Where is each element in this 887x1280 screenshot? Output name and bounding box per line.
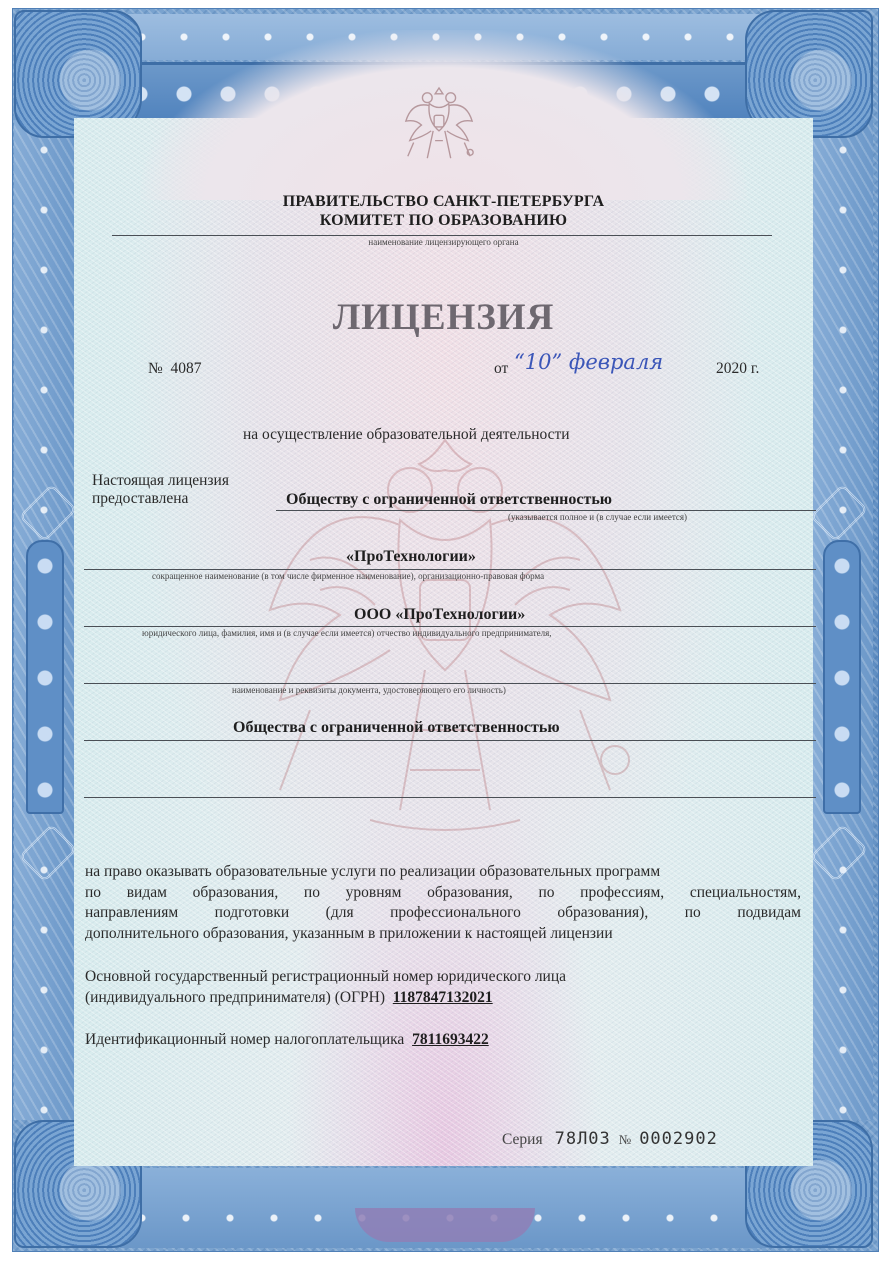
licensee-legal-form: Общества с ограниченной ответственностью xyxy=(233,719,560,737)
caption-legal-entity: юридического лица, фамилия, имя и (в слу… xyxy=(142,628,552,638)
rights-paragraph: на право оказывать образовательные услуг… xyxy=(85,862,801,944)
series-number: 0002902 xyxy=(639,1129,718,1149)
authority-name-line2: КОМИТЕТ ПО ОБРАЗОВАНИЮ xyxy=(0,212,887,230)
ogrn-label: (индивидуального предпринимателя) (ОГРН)… xyxy=(85,989,493,1007)
inn-value: 7811693422 xyxy=(412,1031,489,1048)
series-number-sign: № xyxy=(619,1132,631,1147)
document-title: ЛИЦЕНЗИЯ xyxy=(0,296,887,339)
field-line xyxy=(84,569,816,570)
inn-label: Идентификационный номер налогоплательщик… xyxy=(85,1031,489,1049)
rights-line: направлениям подготовки (для профессиона… xyxy=(85,903,801,924)
ogrn-label-line1: Основной государственный регистрационный… xyxy=(85,968,566,986)
ogrn-value: 1187847132021 xyxy=(393,989,493,1006)
rights-line: на право оказывать образовательные услуг… xyxy=(85,862,801,883)
granted-label-line2: предоставлена xyxy=(92,490,188,508)
number-sign: № xyxy=(148,360,163,377)
date-year: 2020 г. xyxy=(716,360,759,378)
border-left-panel xyxy=(26,540,64,814)
field-line xyxy=(84,797,816,798)
rights-line: по видам образования, по уровням образов… xyxy=(85,883,801,904)
form-series: Серия 78Л03 № 0002902 xyxy=(502,1129,718,1149)
series-value: 78Л03 xyxy=(555,1129,611,1149)
field-line xyxy=(84,683,816,684)
license-date-handwritten: “10” февраля xyxy=(514,350,663,374)
series-label: Серия xyxy=(502,1131,543,1148)
caption-full-name: (указывается полное и (в случае если име… xyxy=(508,512,687,522)
licensee-full-name-line2: «ПроТехнологии» xyxy=(346,548,476,566)
license-date-prefix: от xyxy=(494,360,508,378)
licensee-full-name-line1: Обществу с ограниченной ответственностью xyxy=(286,491,612,509)
licensee-short-name: ООО «ПроТехнологии» xyxy=(354,606,525,624)
field-line xyxy=(84,740,816,741)
border-bottom-oval xyxy=(355,1208,535,1242)
ogrn-label-line2: (индивидуального предпринимателя) (ОГРН) xyxy=(85,989,385,1006)
border-right-panel xyxy=(823,540,861,814)
date-month: февраля xyxy=(569,350,663,374)
license-purpose: на осуществление образовательной деятель… xyxy=(243,426,570,444)
license-number-value: 4087 xyxy=(171,360,202,377)
field-line xyxy=(84,626,816,627)
granted-label-line1: Настоящая лицензия xyxy=(92,472,229,490)
inn-label-text: Идентификационный номер налогоплательщик… xyxy=(85,1031,404,1048)
field-line xyxy=(276,510,816,511)
date-day: “10” xyxy=(514,350,562,374)
authority-name-line1: ПРАВИТЕЛЬСТВО САНКТ-ПЕТЕРБУРГА xyxy=(0,193,887,211)
caption-short-name: сокращенное наименование (в том числе фи… xyxy=(152,571,544,581)
authority-underline xyxy=(112,235,772,236)
license-number: № 4087 xyxy=(148,360,202,378)
authority-caption: наименование лицензирующего органа xyxy=(0,237,887,247)
rights-line: дополнительного образования, указанным в… xyxy=(85,924,801,945)
caption-identity-document: наименование и реквизиты документа, удос… xyxy=(232,685,506,695)
coat-of-arms-icon xyxy=(400,82,478,170)
